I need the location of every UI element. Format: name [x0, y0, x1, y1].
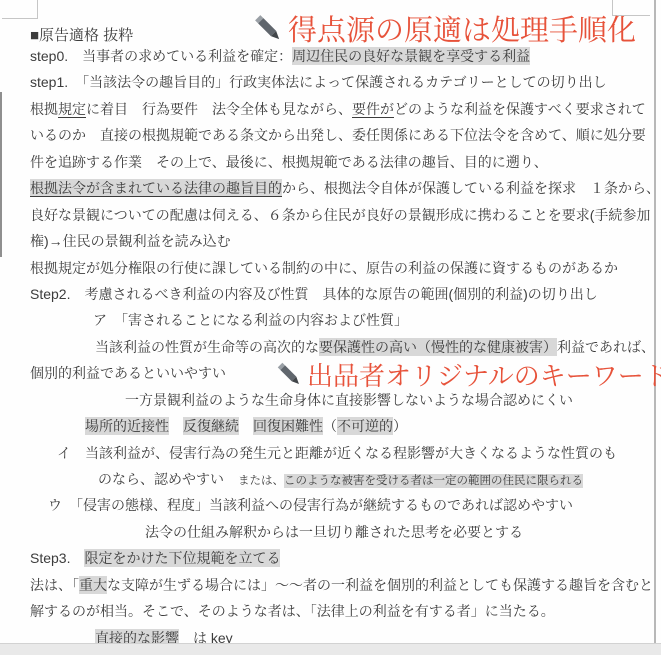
text-segment: Step3. — [30, 550, 84, 566]
text-segment: 当該利益の性質が生命等の高次的な — [95, 339, 319, 355]
highlighted-text: 重大 — [79, 576, 107, 594]
text-segment: （ — [323, 418, 337, 434]
text-line: のなら、認めやすい または、このような被害を受ける者は一定の範囲の住民に限られる — [0, 469, 661, 495]
corner-mark-top-left — [2, 0, 38, 19]
document-page: ■原告適格 抜粋 得点源の原適は処理手順化 出品者オリジナルの — [0, 0, 661, 655]
text-line: 一方景観利益のような生命身体に直接影響しないような場合認めにくい — [0, 390, 661, 416]
text-segment: のなら、認めやすい — [98, 471, 238, 487]
text-segment: 個別的利益であるといいやすい — [30, 365, 226, 381]
text-line: 根拠規定が処分権限の行使に課している制約の中に、原告の利益の保護に資するものがあ… — [0, 258, 661, 284]
text-segment: ） — [393, 418, 407, 434]
text-segment: イ 当該利益が、侵害行為の発生元と距離が近くなる程影響が大きくなるような性質のも — [57, 445, 617, 461]
highlighted-text: 要保護性の高い（慢性的な健康被害） — [319, 338, 557, 356]
text-line: 根拠規定に着目 行為要件 法令全体も見ながら、要件がどのような利益を保護すべく要… — [0, 99, 661, 125]
text-segment: な支障が生ずる場合には」～～者の一利益を個別的利益としても保護する趣旨を含むと — [107, 577, 653, 593]
pencil-icon — [252, 12, 286, 46]
text-segment: 一方景観利益のような生命身体に直接影響しないような場合認めにくい — [125, 392, 573, 408]
text-segment: 利益であれば、 — [557, 339, 655, 355]
text-segment: 要件が — [352, 101, 394, 117]
text-line: 良好な景観についての配慮は伺える、６条から住民が良好の景観形成に携わることを要求… — [0, 205, 661, 231]
text-line: 法は、「重大な支障が生ずる場合には」～～者の一利益を個別的利益としても保護する趣… — [0, 575, 661, 601]
text-line: 解するのが相当。そこで、そのような者は、「法律上の利益を有する者」に当たる。 — [0, 601, 661, 627]
annotation-text: 出品者オリジナルのキーワード — [307, 356, 661, 393]
text-line: 法令の仕組み解釈からは一旦切り離された思考を必要とする — [0, 522, 661, 548]
text-segment — [239, 418, 253, 434]
text-segment — [169, 418, 183, 434]
highlighted-text: 限定をかけた下位規範を立てる — [84, 549, 280, 567]
text-segment: 根拠規定が処分権限の行使に課している制約の中に、原告の利益の保護に資するものがあ… — [30, 260, 618, 276]
text-segment: ア 「害されることになる利益の内容および性質」 — [93, 312, 408, 328]
handwritten-annotation-middle: 出品者オリジナルのキーワード — [275, 356, 661, 393]
text-segment: どのような利益を保護すべく要求されて — [394, 101, 646, 117]
text-segment: に着目 行為要件 法令全体も見ながら、 — [86, 101, 352, 117]
document-heading: ■原告適格 抜粋 — [30, 24, 133, 45]
text-line: 場所的近接性 反復継続 回復困難性（不可逆的） — [0, 416, 661, 442]
text-line: step1. 「当該法令の趣旨目的」行政実体法によって保護されるカテゴリーとして… — [0, 72, 661, 98]
text-line: 権)→住民の景観利益を読み込む — [0, 231, 661, 257]
highlighted-text: 場所的近接性 — [85, 417, 169, 435]
highlighted-text: 根拠法令が含まれている法律の趣旨目的 — [30, 179, 282, 197]
text-segment: 法は、「 — [30, 577, 79, 593]
text-line: 件を追跡する作業 その上で、最後に、根拠規範である法律の趣旨、目的に遡り、 — [0, 152, 661, 178]
text-line: イ 当該利益が、侵害行為の発生元と距離が近くなる程影響が大きくなるような性質のも — [0, 443, 661, 469]
text-line: いるのか 直接の根拠規範である条文から出発し、委任関係にある下位法令を含めて、順… — [0, 125, 661, 151]
highlighted-text: 不可逆的 — [337, 417, 393, 435]
highlighted-text: 回復困難性 — [253, 417, 323, 435]
text-segment: ウ 「侵害の態様、程度」当該利益への侵害行為が継続するものであれば認めやすい — [48, 497, 573, 513]
text-segment: 件を追跡する作業 その上で、最後に、根拠規範である法律の趣旨、目的に遡り、 — [30, 154, 548, 170]
text-segment: から、根拠法令自体が保護している利益を探求 １条から、 — [282, 180, 660, 196]
text-line: Step3. 限定をかけた下位規範を立てる — [0, 548, 661, 574]
text-segment: または、 — [238, 475, 284, 487]
text-line: step0. 当事者の求めている利益を確定：周辺住民の良好な景観を享受する利益 — [0, 46, 661, 72]
pencil-icon — [275, 360, 305, 390]
text-segment: step1. 「当該法令の趣旨目的」行政実体法によって保護されるカテゴリーとして… — [30, 74, 607, 90]
text-segment: 良好な景観についての配慮は伺える、６条から住民が良好の景観形成に携わることを要求… — [30, 207, 650, 223]
text-segment: step0. 当事者の求めている利益を確定： — [30, 48, 292, 64]
text-segment: 法令の仕組み解釈からは一旦切り離された思考を必要とする — [145, 524, 523, 540]
highlighted-text: このような被害を受ける者は一定の範囲の住民に限られる — [284, 474, 583, 488]
text-segment: Step2. 考慮されるべき利益の内容及び性質 具体的な原告の範囲(個別的利益)… — [30, 286, 598, 302]
text-segment: 権)→住民の景観利益を読み込む — [30, 233, 231, 249]
text-segment: 解するのが相当。そこで、そのような者は、「法律上の利益を有する者」に当たる。 — [30, 603, 555, 619]
text-line: ウ 「侵害の態様、程度」当該利益への侵害行為が継続するものであれば認めやすい — [0, 495, 661, 521]
bottom-background-band — [0, 643, 661, 655]
text-segment: 根拠 — [30, 101, 58, 117]
text-segment: 規定 — [58, 101, 86, 117]
document-body: step0. 当事者の求めている利益を確定：周辺住民の良好な景観を享受する利益s… — [0, 46, 661, 654]
highlighted-text: 反復継続 — [183, 417, 239, 435]
highlighted-text: 周辺住民の良好な景観を享受する利益 — [292, 47, 530, 65]
text-segment: いるのか 直接の根拠規範である条文から出発し、委任関係にある下位法令を含めて、順… — [30, 127, 646, 143]
text-line: 根拠法令が含まれている法律の趣旨目的から、根拠法令自体が保護している利益を探求 … — [0, 178, 661, 204]
annotation-text: 得点源の原適は処理手順化 — [288, 8, 636, 49]
text-line: Step2. 考慮されるべき利益の内容及び性質 具体的な原告の範囲(個別的利益)… — [0, 284, 661, 310]
text-line: ア 「害されることになる利益の内容および性質」 — [0, 310, 661, 336]
handwritten-annotation-top: 得点源の原適は処理手順化 — [252, 8, 636, 49]
